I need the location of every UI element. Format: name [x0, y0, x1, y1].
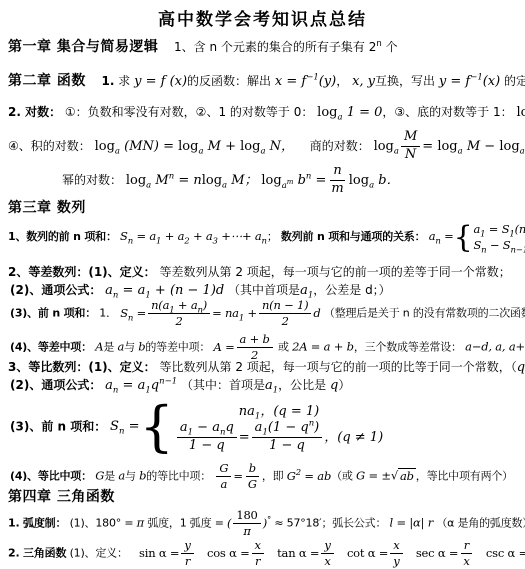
- log-operator: log: [202, 173, 222, 188]
- subscript: a: [115, 147, 120, 157]
- fraction-cot: xy: [390, 539, 402, 568]
- math-token: S: [120, 229, 128, 243]
- math-token: + a: [178, 298, 198, 312]
- numerator: y: [321, 539, 333, 554]
- numerator: M: [401, 130, 420, 147]
- subscript: a: [520, 147, 525, 157]
- trig-tan: tan α =: [277, 546, 319, 560]
- subscript: n: [113, 386, 118, 396]
- case-row: a1 − anq1 − q=a1(1 − qn)1 − q，(q ≠ 1): [175, 421, 383, 454]
- log-operator: log: [516, 105, 525, 120]
- fraction-sin: yr: [181, 539, 193, 568]
- text-run: ；: [267, 230, 278, 243]
- math-token: =: [444, 229, 453, 243]
- text-run: (1)、180° =: [70, 517, 134, 530]
- text-run: ，③、底的对数等于 1：: [382, 105, 512, 119]
- piecewise-cases: {na1，(q = 1)a1 − anq1 − q=a1(1 − qn)1 − …: [139, 400, 383, 454]
- math-token: G: [95, 469, 104, 483]
- trig-cos: cos α =: [207, 546, 250, 560]
- math-token: G = ±: [356, 469, 391, 483]
- formula-geo-mean: Ga=bG: [214, 469, 261, 483]
- numerator: a1(1 − qn): [252, 421, 323, 438]
- denominator: r: [182, 554, 193, 568]
- numerator: b: [246, 462, 259, 477]
- math-token: b: [298, 173, 306, 188]
- subsets-rule-unit: 个: [386, 40, 398, 54]
- denominator: x: [460, 554, 472, 568]
- formula-geo-sum: Sn ={na1，(q = 1)a1 − anq1 − q=a1(1 − qn)…: [110, 419, 383, 434]
- text-run: 与: [125, 470, 136, 483]
- text-run: ≈ 57°18′；弧长公式：: [274, 517, 386, 530]
- geometric-sum-line: (3)、前 n 项和： Sn ={na1，(q = 1)a1 − anq1 − …: [10, 400, 383, 454]
- math-token: a: [206, 229, 213, 243]
- denominator: π: [240, 524, 253, 538]
- math-token: M +: [208, 139, 236, 154]
- log-operator: log: [374, 139, 394, 154]
- subscript: a: [222, 181, 227, 191]
- denominator: N: [402, 147, 419, 163]
- math-token: G: [287, 469, 296, 483]
- text-run: 的定义域；: [504, 74, 525, 88]
- superscript: −1: [306, 73, 319, 83]
- subscript: 2: [184, 236, 189, 246]
- numerator: r: [461, 539, 472, 554]
- text-run: 弧度，1 弧度 =: [147, 517, 223, 530]
- math-token: ): [314, 420, 319, 435]
- case-rows: na1，(q = 1)a1 − anq1 − q=a1(1 − qn)1 − q…: [175, 400, 383, 454]
- geometric-def-line: 3、等比数列：(1)、定义： 等比数列从第 2 项起，每一项与它的前一项的比等于…: [8, 358, 525, 375]
- math-token: n(a: [151, 298, 169, 312]
- item-number: 1．: [99, 307, 117, 320]
- formula-sn-sum: Sn = a1 + a2 + a3 +⋯+ an: [120, 229, 267, 243]
- denominator: 2: [173, 314, 186, 328]
- formula-y-fx: y = f (x): [134, 74, 187, 89]
- math-token: = ab: [304, 469, 331, 483]
- text-run: 求: [118, 74, 130, 88]
- log-operator: log: [499, 139, 519, 154]
- formula-one-radian: (180π)°: [227, 516, 271, 530]
- math-token: a: [105, 378, 113, 393]
- subsets-rule-text: 1、含 n 个元素的集合的所有子集有 2: [174, 40, 376, 54]
- case-row: a1 = S1(n = 1): [473, 222, 525, 236]
- formula-log-product: loga (MN) = loga M + loga N，: [95, 139, 294, 154]
- text-run: （α 是角的弧度数）: [436, 517, 525, 530]
- subscript: n: [128, 236, 133, 246]
- log-operator: log: [437, 139, 457, 154]
- math-token: =: [316, 173, 327, 188]
- subscript: a: [337, 113, 342, 123]
- chapter1-heading: 第一章 集合与简易逻辑: [8, 39, 158, 55]
- note-text: ，公比是: [278, 378, 326, 392]
- text-run: 互换，写出: [375, 74, 435, 88]
- piecewise-cases: {a1 = S1(n = 1)Sn − Sn−1(n ≥ 2): [454, 222, 525, 252]
- math-token: S: [120, 306, 128, 320]
- math-token: M；: [231, 173, 257, 188]
- trig-def-line: 2. 三角函数 (1)、定义： sin α =yr cos α =xr tan …: [8, 539, 525, 568]
- math-token: +: [165, 229, 174, 243]
- numerator: 180: [233, 509, 260, 524]
- formula-an-arith: an = a1 + (n − 1)d: [105, 283, 224, 298]
- numerator: x: [252, 539, 264, 554]
- formula-inverse-y: x = f−1(y): [275, 74, 336, 89]
- fraction-geo-1: a1 − anq1 − q: [177, 421, 237, 454]
- quotient-log-label: 商的对数：: [310, 139, 370, 153]
- math-token: a: [255, 229, 262, 243]
- case-condition: ，(q = 1): [260, 404, 319, 419]
- denominator: 1 − q: [186, 438, 228, 454]
- log-operator: log: [240, 139, 260, 154]
- subscript: 3: [213, 236, 218, 246]
- text-run: ，等比中项有两个）: [416, 470, 513, 483]
- math-token: na: [239, 404, 255, 419]
- formula-arc-length: l = |α| r: [390, 516, 434, 530]
- product-log-label: ④、积的对数：: [8, 139, 91, 153]
- trig-sin: sin α =: [139, 546, 179, 560]
- arithmetic-sum-line: (3)、前 n 项和： 1． Sn =n(a1 + an)2= na1 +n(n…: [10, 299, 525, 328]
- math-token: =: [233, 469, 242, 483]
- subscript: a: [458, 147, 463, 157]
- subscript: a: [394, 147, 399, 157]
- fraction-cos: xr: [252, 539, 264, 568]
- subscript: n: [128, 313, 133, 323]
- log-operator: log: [317, 105, 337, 120]
- general-term-label: (2)、通项公式：: [10, 378, 101, 392]
- math-token: na: [225, 306, 239, 320]
- numerator: a + b: [237, 333, 273, 348]
- text-run: (1)、定义：: [70, 547, 128, 560]
- numerator: G: [216, 462, 231, 477]
- math-token: N，: [270, 139, 294, 154]
- denominator: G: [245, 477, 260, 491]
- fraction-G-over-a: Ga: [216, 462, 231, 491]
- formula-an-piecewise: an ={a1 = S1(n = 1)Sn − Sn−1(n ≥ 2): [429, 229, 525, 243]
- formula-arith-sum: Sn =n(a1 + an)2= na1 +n(n − 1)2d: [120, 306, 320, 320]
- log-operator: log: [95, 139, 115, 154]
- formula-log-quotient: logaMN= loga M − loga N．: [374, 139, 525, 154]
- math-token: +: [248, 306, 257, 320]
- general-term-label: (2)、通项公式：: [10, 283, 101, 297]
- text-run: ，三个数成等差常设：: [354, 341, 462, 354]
- sequence-sum-line: 1、数列的前 n 项和： Sn = a1 + a2 + a3 +⋯+ an； 数…: [8, 222, 525, 252]
- chapter2-intro-line: 第二章 函数 1. 求 y = f (x)的反函数：解出 x = f−1(y)，…: [8, 70, 525, 90]
- math-token: a: [118, 469, 125, 483]
- math-token: q: [225, 420, 233, 435]
- chapter3-heading: 第三章 数列: [8, 197, 86, 217]
- subscript: n: [435, 236, 440, 246]
- superscript: n: [306, 172, 311, 182]
- numerator: n(n − 1): [259, 299, 311, 314]
- formula-log-power: loga Mn = nloga M；: [126, 173, 258, 188]
- radicand: ab: [398, 468, 416, 483]
- geo-mean-label: (4)、等比中项：: [10, 470, 92, 483]
- log-operator: log: [178, 139, 198, 154]
- brace-symbol: {: [454, 224, 473, 251]
- math-token: d: [313, 306, 320, 320]
- formula-an-geo: an = a1qn−1: [105, 378, 177, 393]
- text-run: ，即: [262, 470, 284, 483]
- math-token: a: [180, 420, 188, 435]
- denominator: 2: [279, 314, 292, 328]
- formula-xy: x, y: [352, 74, 375, 89]
- math-token: =: [239, 430, 250, 445]
- case-row: na1，(q = 1): [239, 400, 319, 419]
- math-token: =: [129, 419, 140, 434]
- math-token: ): [203, 298, 207, 312]
- trig-label: 2. 三角函数: [8, 547, 66, 560]
- product-log-line: ④、积的对数： loga (MN) = loga M + loga N， 商的对…: [8, 130, 525, 163]
- power-log-label: 幂的对数：: [62, 173, 122, 187]
- math-token: S: [473, 238, 481, 252]
- sum-formula-label: (3)、前 n 项和：: [10, 307, 96, 320]
- log-operator: log: [126, 173, 146, 188]
- math-token: x = f: [275, 74, 306, 89]
- subscript: a: [369, 181, 374, 191]
- text-run: 或: [278, 341, 289, 354]
- math-token: (1 − q: [268, 420, 309, 435]
- math-token: =: [422, 139, 433, 154]
- log-operator: log: [261, 173, 281, 188]
- subscript: n: [119, 427, 124, 437]
- math-token: (y): [319, 74, 337, 89]
- math-qcond: q ≠ 0: [517, 360, 525, 375]
- case-condition: (n = 1): [515, 222, 525, 236]
- sum-formula-label: (3)、前 n 项和：: [10, 419, 106, 433]
- geometric-general-term-line: (2)、通项公式： an = a1qn−1 （其中：首项是a1，公比是 q）: [10, 376, 350, 393]
- numerator: a1 − anq: [177, 421, 237, 438]
- subscript: n: [481, 245, 486, 255]
- subscript: a: [260, 147, 265, 157]
- fraction-M-over-N: MN: [401, 130, 420, 163]
- math-token: =: [137, 306, 146, 320]
- math-token: M: [155, 173, 168, 188]
- subscript: n−1: [510, 245, 525, 255]
- math-token: =: [212, 306, 221, 320]
- note-text: （其中首项是: [228, 283, 300, 297]
- chapter3-heading-text: 第三章 数列: [8, 200, 86, 216]
- fraction-sec: rx: [460, 539, 472, 568]
- math-token: (MN) =: [124, 139, 174, 154]
- fraction-180-over-pi: 180π: [233, 509, 260, 538]
- formula-g-sqrt: G = ±√ab: [356, 468, 416, 483]
- note-text: （整理后是关于 n 的没有常数项的二次函数）: [324, 307, 525, 320]
- superscript: 2: [296, 468, 301, 478]
- fraction-sum-avg: n(a1 + an)2: [148, 299, 210, 328]
- document-page: { "title": "高中数学会考知识点总结", "sym": {"log":…: [0, 0, 525, 569]
- logarithm-rules-line: 2. 对数： ①：负数和零没有对数，②、1 的对数等于 0： loga 1 = …: [8, 103, 525, 120]
- math-token: =: [123, 283, 134, 298]
- formula-log-one: loga 1 = 0: [317, 105, 382, 120]
- superscript: −1: [470, 73, 483, 83]
- text-run: 是: [104, 470, 115, 483]
- subscript: a: [146, 181, 151, 191]
- text-run: ①：负数和零没有对数，②、1 的对数等于 0：: [65, 105, 313, 119]
- chapter4-heading: 第四章 三角函数: [8, 486, 115, 506]
- subscript: a: [198, 147, 203, 157]
- power-log-line: 幂的对数： loga Mn = nloga M； logam bn =nmlog…: [62, 164, 400, 197]
- math-token: a: [300, 283, 308, 298]
- math-token: −: [490, 238, 499, 252]
- formula-arith-triple: a−d, a, a+d: [465, 340, 525, 354]
- math-token: (x): [483, 74, 500, 89]
- log-operator: log: [349, 173, 369, 188]
- subscript: 1: [188, 428, 193, 438]
- trig-csc: csc α =: [486, 546, 525, 560]
- numerator: x: [390, 539, 402, 554]
- math-token: =: [489, 222, 498, 236]
- arithmetic-label: 2、等差数列：(1)、定义：: [8, 265, 156, 279]
- math-a1: a1: [300, 283, 313, 298]
- math-token: 1 = 0: [347, 105, 383, 120]
- radian-label: 1. 弧度制：: [8, 517, 66, 530]
- math-token: = n: [178, 173, 201, 188]
- superscript: n−1: [159, 377, 177, 387]
- denominator: 1 − q: [266, 438, 308, 454]
- case-condition: ，(q ≠ 1): [324, 430, 383, 445]
- numerator: n: [330, 164, 344, 181]
- page-title: 高中数学会考知识点总结: [0, 5, 525, 30]
- math-token: − a: [197, 420, 220, 435]
- denominator: a: [218, 477, 231, 491]
- chapter4-heading-text: 第四章 三角函数: [8, 489, 115, 505]
- geometric-label: 3、等比数列：(1)、定义：: [8, 360, 156, 374]
- fraction-geo-2: a1(1 − qn)1 − q: [252, 421, 323, 454]
- math-token: b．: [378, 173, 399, 188]
- formula-log-base-power: logam bn =nmloga b．: [261, 173, 399, 188]
- arithmetic-def-line: 2、等差数列：(1)、定义： 等差数列从第 2 项起，每一项与它的前一项的差等于…: [8, 263, 511, 280]
- nested-superscript: m: [287, 178, 294, 186]
- denominator: y: [390, 554, 402, 568]
- math-token: A: [213, 340, 221, 354]
- radian-line: 1. 弧度制： (1)、180° = π 弧度，1 弧度 = (180π)° ≈…: [8, 509, 525, 538]
- text-run: 的等比中项：: [146, 470, 211, 483]
- fraction-n-over-m: nm: [328, 164, 346, 197]
- exponent-n: n: [376, 39, 381, 49]
- sqrt-symbol: √: [391, 469, 398, 483]
- superscript: n: [169, 172, 174, 182]
- denominator: x: [321, 554, 333, 568]
- case-row: Sn − Sn−1(n ≥ 2): [473, 238, 525, 252]
- denominator: r: [252, 554, 263, 568]
- pi-symbol: π: [137, 516, 144, 530]
- arithmetic-general-term-line: (2)、通项公式： an = a1 + (n − 1)d （其中首项是a1，公差…: [10, 281, 391, 298]
- chapter2-heading: 第二章 函数: [8, 73, 86, 89]
- trig-sec: sec α =: [416, 546, 458, 560]
- math-token: a: [105, 283, 113, 298]
- math-a1: a1: [265, 378, 278, 393]
- text-run: 是: [103, 341, 114, 354]
- text-run: 的反函数：解出: [187, 74, 271, 88]
- math-token: y = f: [439, 74, 470, 89]
- fraction-nn1-over-2: n(n − 1)2: [259, 299, 311, 328]
- math-token: =: [225, 340, 234, 354]
- formula-log-base: loga a = 1: [516, 105, 525, 120]
- text-run: 的等差中项：: [145, 341, 210, 354]
- formula-inverse-x: y = f−1(x): [439, 74, 500, 89]
- math-token: M −: [467, 139, 495, 154]
- math-token: + (n − 1)d: [155, 283, 224, 298]
- denominator: m: [328, 181, 346, 197]
- case-rows: a1 = S1(n = 1)Sn − Sn−1(n ≥ 2): [473, 222, 525, 252]
- text-run: （或: [331, 470, 353, 483]
- subscript: 1: [239, 313, 244, 323]
- formula-arith-mean: A =a + b2: [213, 340, 274, 354]
- note-text: ）: [338, 378, 350, 392]
- degree-superscript: °: [267, 515, 271, 525]
- math-token: +: [193, 229, 202, 243]
- chapter1-line: 第一章 集合与简易逻辑 1、含 n 个元素的集合的所有子集有 2n 个: [8, 36, 398, 56]
- formula-g-squared: G2 = ab: [287, 469, 331, 483]
- definition-text: 等比数列从第 2 项起，每一项与它的前一项的比等于同一个常数，（: [160, 360, 517, 374]
- math-token: a: [265, 378, 273, 393]
- numerator: n(a1 + an): [148, 299, 210, 314]
- math-token: (: [227, 516, 231, 530]
- trig-cot: cot α =: [347, 546, 388, 560]
- relation-label: 数列前 n 项和与通项的关系：: [281, 230, 426, 243]
- note-text: ，公差是 d；）: [313, 283, 390, 297]
- math-token: +⋯+: [221, 229, 251, 243]
- math-token: q: [151, 378, 159, 393]
- text-run: ，: [336, 74, 348, 88]
- brace-symbol: {: [139, 403, 173, 452]
- definition-text: 等差数列从第 2 项起，每一项与它的前一项的差等于同一个常数；: [160, 265, 511, 279]
- arith-mean-label: (4)、等差中项：: [10, 341, 92, 354]
- fraction-b-over-G: bG: [245, 462, 260, 491]
- subscript: 1: [156, 236, 161, 246]
- math-token: =: [123, 378, 134, 393]
- fraction-tan: yx: [321, 539, 333, 568]
- item-number: 1.: [102, 74, 115, 88]
- numerator: y: [181, 539, 193, 554]
- formula-2a: 2A = a + b: [292, 340, 354, 354]
- text-run: 与: [124, 341, 135, 354]
- subscript: am: [282, 181, 294, 191]
- math-token: =: [136, 229, 145, 243]
- sum-label: 1、数列的前 n 项和：: [8, 230, 117, 243]
- note-text: （其中：首项是: [181, 378, 265, 392]
- log-label: 2. 对数：: [8, 105, 61, 119]
- math-token: S: [110, 419, 119, 434]
